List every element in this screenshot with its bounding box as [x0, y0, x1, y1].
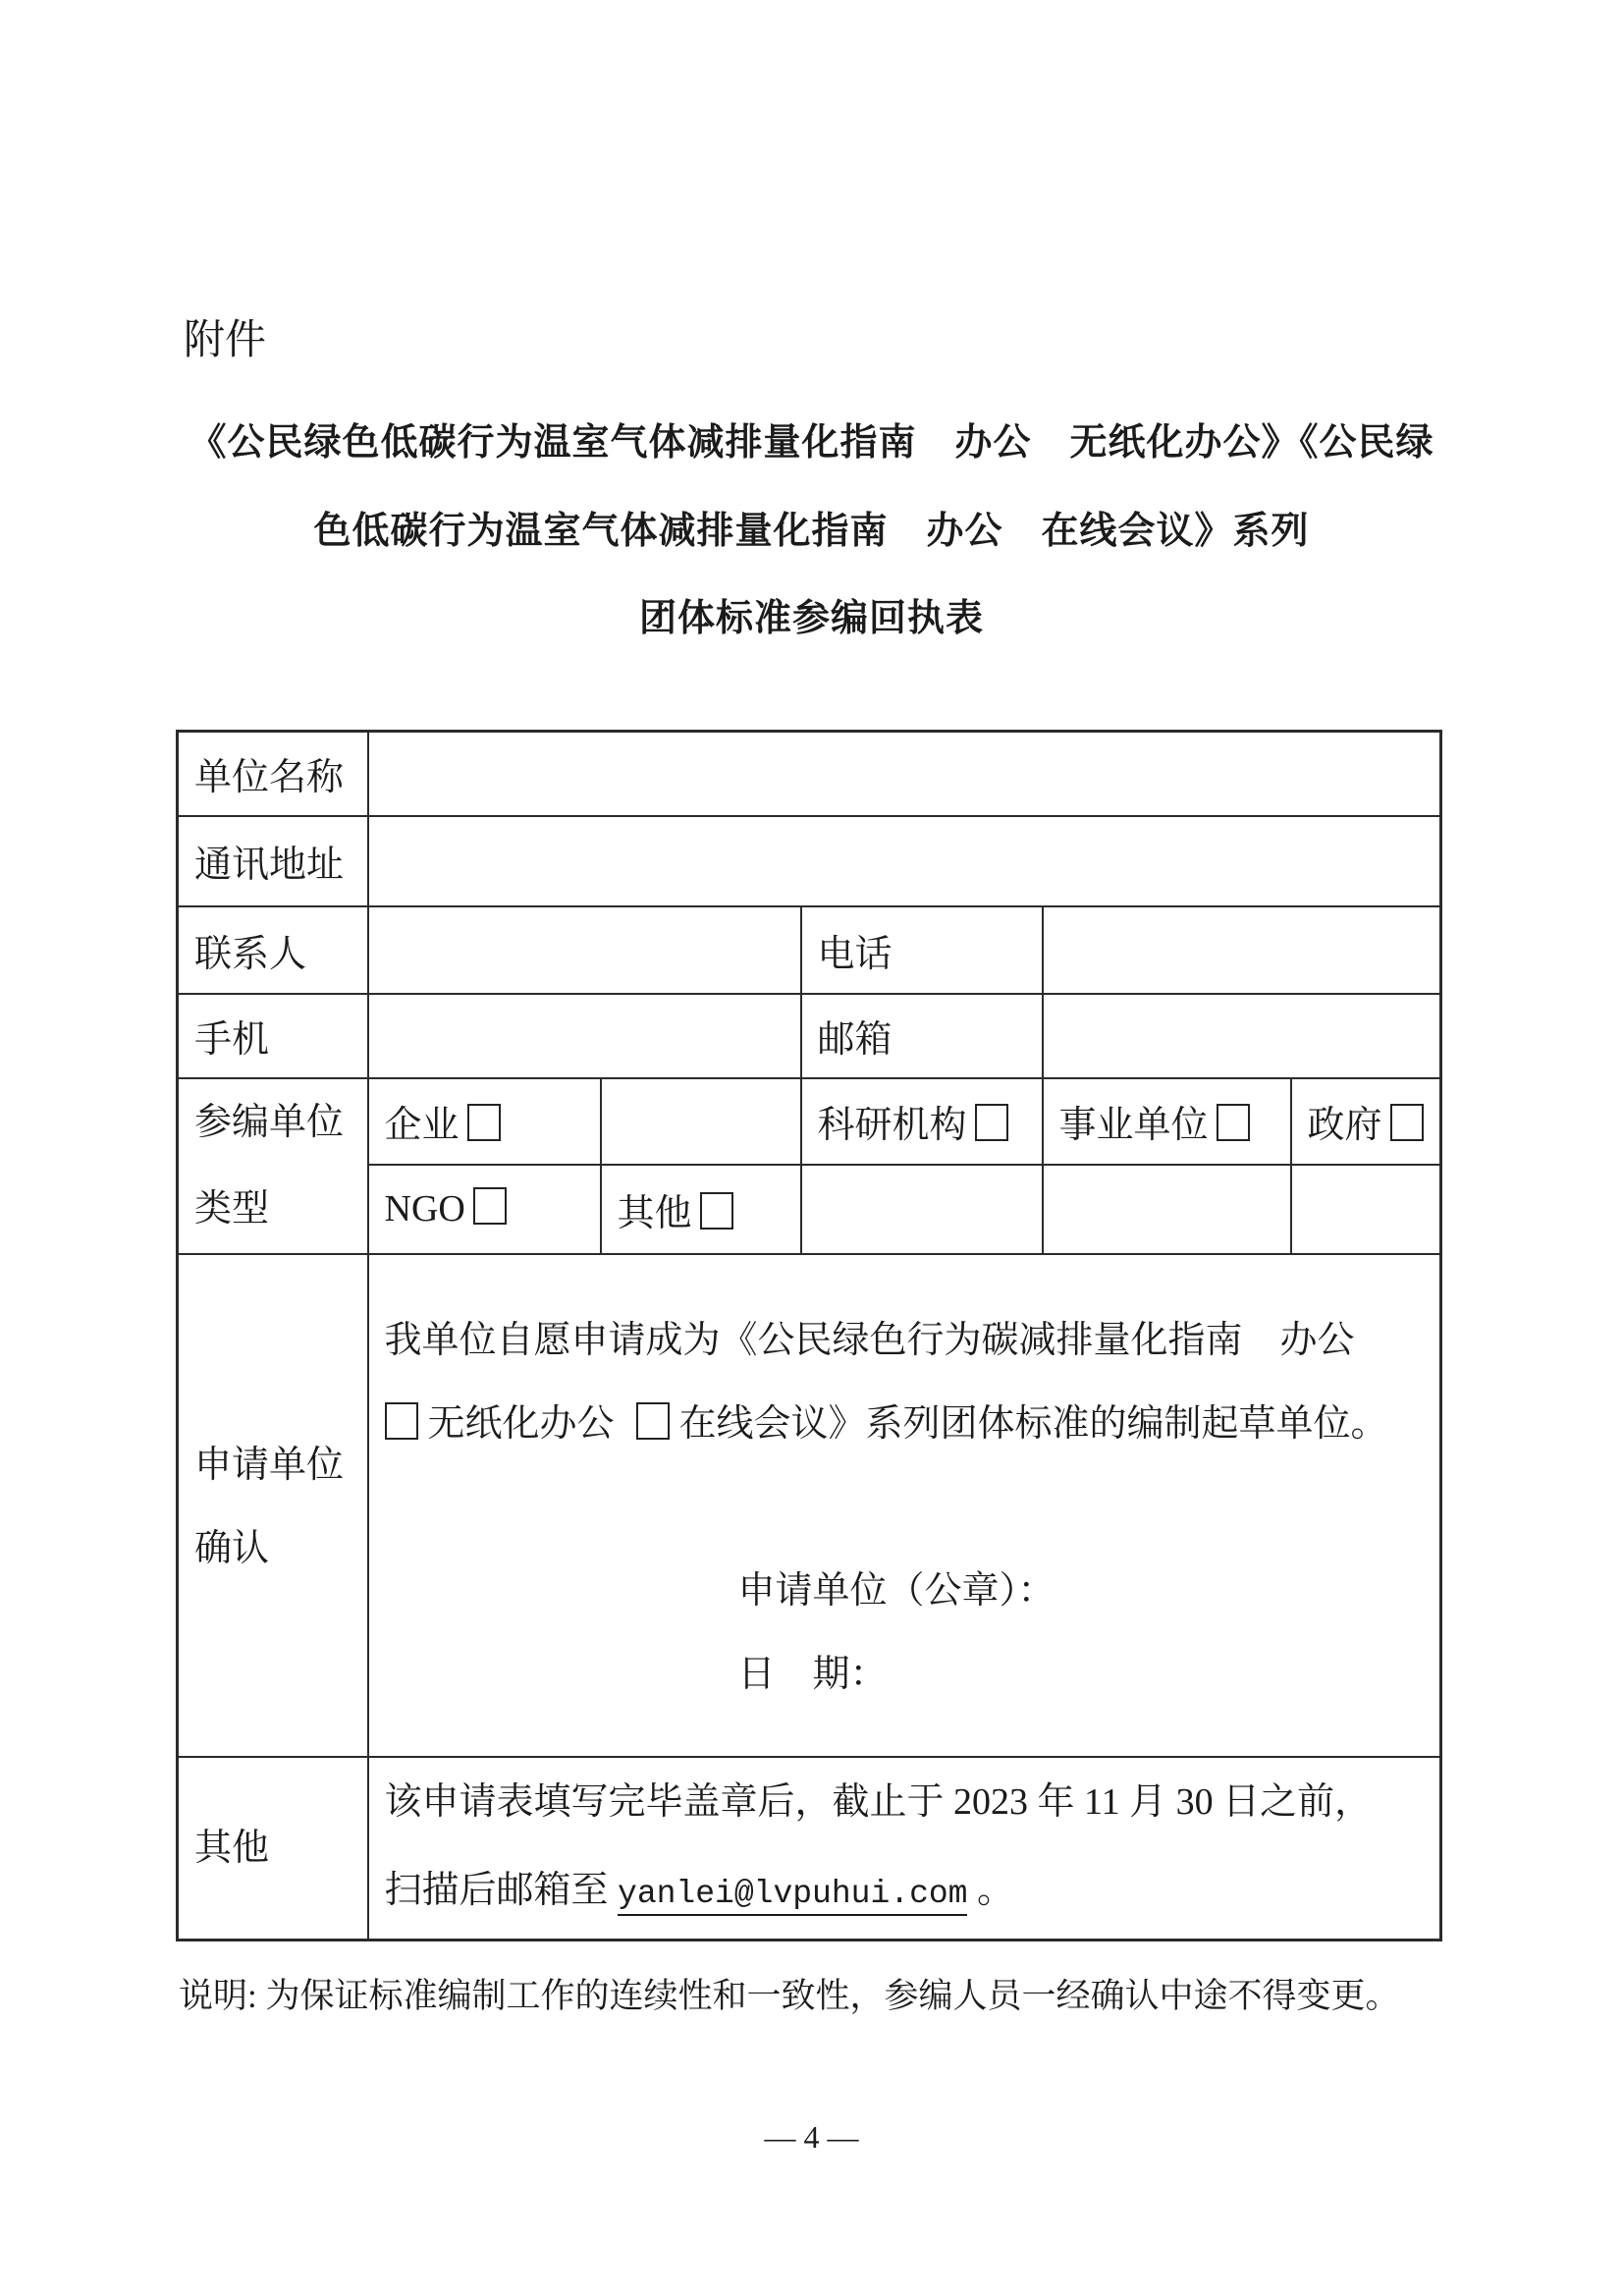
other-content: 该申请表填写完毕盖章后，截止于 2023 年 11 月 30 日之前， 扫描后邮…: [368, 1757, 1441, 1941]
address-field: [368, 816, 1441, 906]
phone-label: 电话: [801, 906, 1043, 994]
confirmation-text-line1: 我单位自愿申请成为《公民绿色行为碳减排量化指南 办公: [385, 1299, 1436, 1383]
unit-name-label: 单位名称: [178, 732, 368, 816]
type-option-government: 政府: [1291, 1078, 1441, 1165]
type-option-empty-cell: [601, 1078, 801, 1165]
contact-field: [368, 906, 801, 994]
address-label: 通讯地址: [178, 816, 368, 906]
table-row-address: 通讯地址: [178, 816, 1441, 906]
attachment-label: 附件: [184, 320, 266, 361]
type-option-institution: 事业单位: [1043, 1078, 1291, 1165]
page-number: — 4 —: [0, 2119, 1623, 2156]
scanned-document-page: 附件 《公民绿色低碳行为温室气体减排量化指南 办公 无纸化办公》《公民绿 色低碳…: [0, 0, 1623, 2296]
government-checkbox-icon: [1390, 1104, 1424, 1141]
email-label: 邮箱: [801, 994, 1043, 1078]
mobile-label: 手机: [178, 994, 368, 1078]
type-option-enterprise: 企业: [368, 1078, 601, 1165]
document-title-line3: 团体标准参编回执表: [0, 597, 1623, 640]
seal-label: 申请单位（公章）：: [738, 1550, 1436, 1633]
email-field: [1043, 994, 1441, 1078]
research-checkbox-icon: [975, 1104, 1008, 1141]
other-text-line1: 该申请表填写完毕盖章后，截止于 2023 年 11 月 30 日之前，: [385, 1758, 1436, 1846]
contact-email-text: yanlei@lvpuhui.com: [618, 1876, 967, 1916]
type-empty-cell-2: [1043, 1165, 1291, 1254]
table-row-mobile: 手机 邮箱: [178, 994, 1441, 1078]
footnote: 说明: 为保证标准编制工作的连续性和一致性，参编人员一经确认中途不得变更。: [179, 1976, 1399, 2017]
document-title-line1: 《公民绿色低碳行为温室气体减排量化指南 办公 无纸化办公》《公民绿: [0, 421, 1623, 465]
type-empty-cell-3: [1291, 1165, 1441, 1254]
enterprise-checkbox-icon: [467, 1104, 501, 1141]
type-option-other: 其他: [601, 1165, 801, 1254]
confirmation-text-line2: 无纸化办公在线会议》系列团体标准的编制起草单位。: [385, 1383, 1436, 1466]
table-row-unit-name: 单位名称: [178, 732, 1441, 816]
paperless-office-checkbox-icon: [385, 1402, 418, 1440]
type-option-research: 科研机构: [801, 1078, 1043, 1165]
other-checkbox-icon: [700, 1192, 733, 1230]
other-label: 其他: [178, 1757, 368, 1941]
document-title-line2: 色低碳行为温室气体减排量化指南 办公 在线会议》系列: [0, 510, 1623, 553]
unit-name-field: [368, 732, 1441, 816]
contact-label: 联系人: [178, 906, 368, 994]
confirmation-content: 我单位自愿申请成为《公民绿色行为碳减排量化指南 办公 无纸化办公在线会议》系列团…: [368, 1254, 1441, 1757]
reply-form-table: 单位名称 通讯地址 联系人 电话 手机 邮箱 参编单位 类型 企业: [176, 730, 1442, 1941]
table-row-unit-type-1: 参编单位 类型 企业 科研机构 事业单位 政府: [178, 1078, 1441, 1165]
type-option-ngo: NGO: [368, 1165, 601, 1254]
table-row-unit-type-2: NGO 其他: [178, 1165, 1441, 1254]
unit-type-label: 参编单位 类型: [178, 1078, 368, 1254]
type-empty-cell-1: [801, 1165, 1043, 1254]
phone-field: [1043, 906, 1441, 994]
ngo-checkbox-icon: [473, 1187, 507, 1225]
institution-checkbox-icon: [1217, 1104, 1250, 1141]
date-label: 日 期：: [738, 1633, 1436, 1717]
table-row-confirmation: 申请单位 确认 我单位自愿申请成为《公民绿色行为碳减排量化指南 办公 无纸化办公…: [178, 1254, 1441, 1757]
table-row-other: 其他 该申请表填写完毕盖章后，截止于 2023 年 11 月 30 日之前， 扫…: [178, 1757, 1441, 1941]
other-text-line2: 扫描后邮箱至 yanlei@lvpuhui.com 。: [385, 1846, 1436, 1939]
mobile-field: [368, 994, 801, 1078]
confirmation-label: 申请单位 确认: [178, 1254, 368, 1757]
table-row-contact: 联系人 电话: [178, 906, 1441, 994]
online-meeting-checkbox-icon: [636, 1402, 670, 1440]
